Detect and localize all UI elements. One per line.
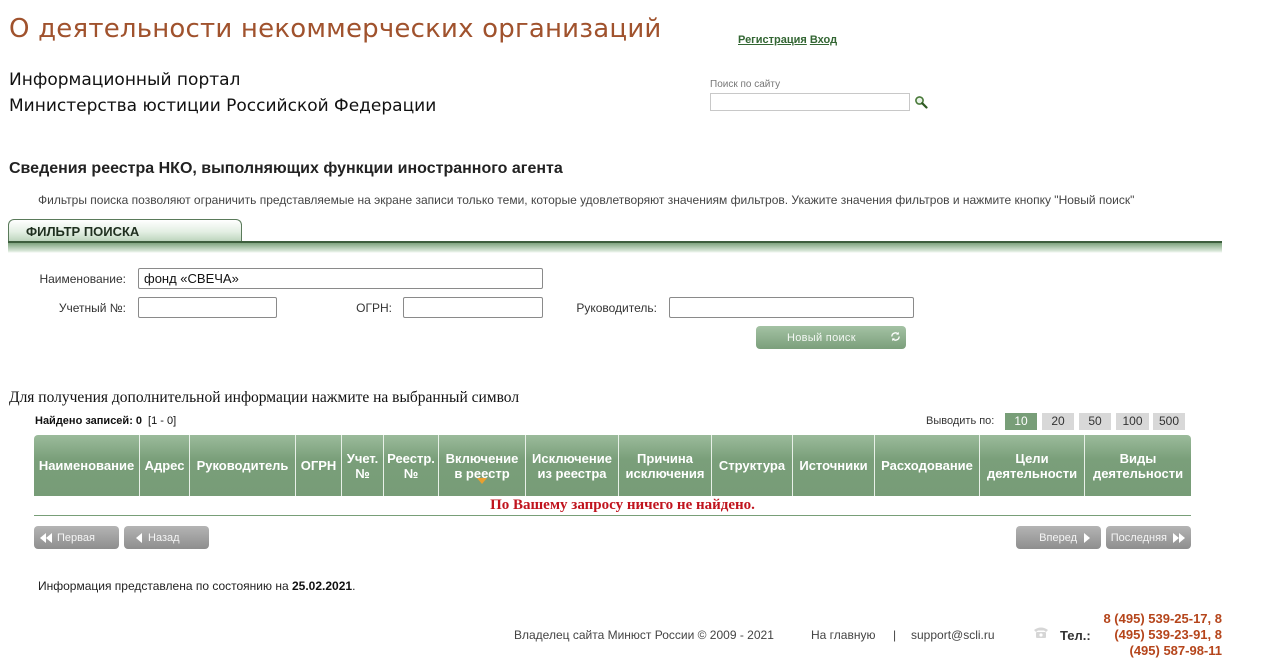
per-page-50[interactable]: 50 bbox=[1079, 413, 1111, 430]
next-page-label: Вперед bbox=[1039, 532, 1077, 544]
ogrn-label: ОГРН: bbox=[330, 301, 392, 315]
phone-line-3: (495) 587-98-11 bbox=[1090, 643, 1222, 659]
head-label: Руководитель: bbox=[560, 301, 657, 315]
search-icon[interactable] bbox=[914, 95, 928, 109]
column-header-name[interactable]: Наименование bbox=[34, 435, 140, 496]
register-link[interactable]: Регистрация bbox=[738, 34, 807, 46]
head-input[interactable] bbox=[669, 297, 914, 318]
footer-email-link[interactable]: support@scli.ru bbox=[911, 628, 995, 642]
portal-subtitle-line-2: Министерства юстиции Российской Федераци… bbox=[9, 96, 436, 116]
new-search-button[interactable]: Новый поиск bbox=[756, 326, 906, 349]
phone-line-1: 8 (495) 539-25-17, 8 bbox=[1090, 611, 1222, 627]
footer-owner: Владелец сайта Минюст России © 2009 - 20… bbox=[514, 628, 774, 642]
login-link[interactable]: Вход bbox=[810, 34, 837, 46]
portal-subtitle-line-1: Информационный портал bbox=[9, 70, 240, 90]
footer-home-link[interactable]: На главную bbox=[811, 628, 875, 642]
prev-page-label: Назад bbox=[148, 532, 180, 544]
column-header-sources[interactable]: Источники bbox=[793, 435, 875, 496]
column-header-inclusion-label: Включение в реестр bbox=[441, 451, 523, 481]
state-info-date: 25.02.2021 bbox=[292, 579, 352, 593]
last-page-label: Последняя bbox=[1111, 532, 1167, 544]
refresh-icon bbox=[884, 331, 906, 345]
sort-desc-icon bbox=[477, 478, 487, 484]
records-found: Найдено записей: 0[1 - 0] bbox=[35, 415, 176, 427]
data-state-info: Информация представлена по состоянию на … bbox=[38, 579, 355, 593]
per-page-500[interactable]: 500 bbox=[1153, 413, 1185, 430]
filter-tab[interactable]: ФИЛЬТР ПОИСКА bbox=[8, 219, 242, 242]
column-header-head[interactable]: Руководитель bbox=[190, 435, 296, 496]
prev-page-button[interactable]: Назад bbox=[124, 526, 209, 549]
column-header-registry-no[interactable]: Реестр. № bbox=[384, 435, 439, 496]
account-no-input[interactable] bbox=[138, 297, 277, 318]
auth-links: Регистрация Вход bbox=[738, 34, 837, 46]
state-info-text: Информация представлена по состоянию на bbox=[38, 579, 289, 593]
name-input[interactable] bbox=[138, 268, 543, 289]
ogrn-input[interactable] bbox=[403, 297, 543, 318]
footer-separator: | bbox=[893, 628, 896, 642]
first-page-button[interactable]: Первая bbox=[34, 526, 119, 549]
column-header-exclusion[interactable]: Исключение из реестра bbox=[526, 435, 619, 496]
filter-band bbox=[8, 243, 1222, 253]
phone-numbers: 8 (495) 539-25-17, 8 (495) 539-23-91, 8 … bbox=[1090, 611, 1222, 659]
tel-label: Тел.: bbox=[1060, 628, 1091, 643]
column-header-ogrn[interactable]: ОГРН bbox=[296, 435, 342, 496]
table-bottom-line bbox=[34, 515, 1191, 516]
page-title: Сведения реестра НКО, выполняющих функци… bbox=[9, 160, 563, 178]
chevron-right-icon bbox=[1084, 533, 1090, 543]
phone-icon bbox=[1033, 626, 1049, 638]
empty-results-message: По Вашему запросу ничего не найдено. bbox=[34, 497, 1191, 514]
per-page-20[interactable]: 20 bbox=[1042, 413, 1074, 430]
per-page-100[interactable]: 100 bbox=[1116, 413, 1149, 430]
records-found-count: Найдено записей: 0 bbox=[35, 415, 142, 427]
filter-hint: Фильтры поиска позволяют ограничить пред… bbox=[38, 193, 1134, 207]
results-table-header: Наименование Адрес Руководитель ОГРН Уче… bbox=[34, 435, 1191, 496]
column-header-spending[interactable]: Расходование bbox=[875, 435, 980, 496]
name-label: Наименование: bbox=[20, 272, 126, 286]
per-page-label: Выводить по: bbox=[926, 415, 994, 427]
column-header-address[interactable]: Адрес bbox=[140, 435, 190, 496]
chevron-left-icon bbox=[136, 533, 142, 543]
column-header-exclusion-reason[interactable]: Причина исключения bbox=[619, 435, 712, 496]
info-note: Для получения дополнительной информации … bbox=[9, 389, 519, 407]
site-search-label: Поиск по сайту bbox=[710, 79, 780, 90]
first-page-label: Первая bbox=[57, 532, 95, 544]
phone-line-2: (495) 539-23-91, 8 bbox=[1090, 627, 1222, 643]
site-search-input[interactable] bbox=[710, 93, 910, 111]
new-search-label: Новый поиск bbox=[787, 332, 884, 344]
last-page-button[interactable]: Последняя bbox=[1106, 526, 1191, 549]
column-header-structure[interactable]: Структура bbox=[712, 435, 793, 496]
account-no-label: Учетный №: bbox=[20, 301, 126, 315]
double-chevron-left-icon bbox=[40, 533, 52, 543]
next-page-button[interactable]: Вперед bbox=[1016, 526, 1101, 549]
per-page-10[interactable]: 10 bbox=[1005, 413, 1037, 430]
records-range: [1 - 0] bbox=[148, 415, 176, 427]
site-title: О деятельности некоммерческих организаци… bbox=[9, 14, 662, 44]
column-header-goals[interactable]: Цели деятельности bbox=[980, 435, 1085, 496]
double-chevron-right-icon bbox=[1173, 533, 1185, 543]
column-header-inclusion[interactable]: Включение в реестр bbox=[439, 435, 526, 496]
column-header-account-no[interactable]: Учет. № bbox=[342, 435, 384, 496]
column-header-activities[interactable]: Виды деятельности bbox=[1085, 435, 1191, 496]
